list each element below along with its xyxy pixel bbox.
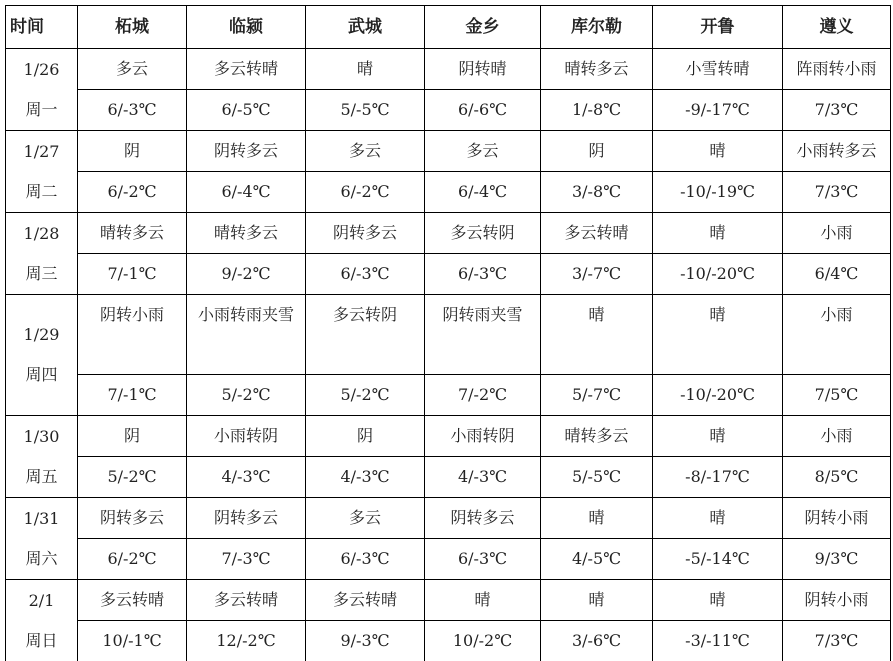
date-label: 1/29 bbox=[6, 315, 77, 355]
temperature-range: 6/-3℃ bbox=[306, 254, 425, 295]
temperature-range: 5/-2℃ bbox=[187, 375, 306, 416]
header-city: 柘城 bbox=[78, 6, 187, 49]
weather-condition: 小雨 bbox=[783, 295, 891, 375]
condition-row: 1/29周四阴转小雨小雨转雨夹雪多云转阴阴转雨夹雪晴晴小雨 bbox=[6, 295, 891, 375]
temperature-range: 5/-2℃ bbox=[306, 375, 425, 416]
weather-condition: 阴转多云 bbox=[306, 213, 425, 254]
weather-condition: 多云转阴 bbox=[306, 295, 425, 375]
temperature-range: 6/-3℃ bbox=[425, 254, 541, 295]
weather-condition: 小雨转雨夹雪 bbox=[187, 295, 306, 375]
date-cell: 1/28周三 bbox=[6, 213, 78, 295]
weather-condition: 晴 bbox=[541, 295, 653, 375]
header-city: 临颍 bbox=[187, 6, 306, 49]
weather-condition: 多云 bbox=[425, 131, 541, 172]
temperature-range: -10/-20℃ bbox=[653, 375, 783, 416]
weather-condition: 多云转晴 bbox=[306, 580, 425, 621]
weather-condition: 阴 bbox=[78, 416, 187, 457]
temperature-range: 9/-2℃ bbox=[187, 254, 306, 295]
temperature-range: 7/-3℃ bbox=[187, 539, 306, 580]
weather-condition: 小雨 bbox=[783, 213, 891, 254]
header-city: 遵义 bbox=[783, 6, 891, 49]
weather-condition: 阴转晴 bbox=[425, 49, 541, 90]
date-label: 1/26 bbox=[6, 50, 77, 90]
header-row: 时间 柘城 临颍 武城 金乡 库尔勒 开鲁 遵义 bbox=[6, 6, 891, 49]
temperature-range: 5/-7℃ bbox=[541, 375, 653, 416]
weather-condition: 小雨转阴 bbox=[187, 416, 306, 457]
temperature-range: 7/-1℃ bbox=[78, 254, 187, 295]
temperature-range: 7/3℃ bbox=[783, 90, 891, 131]
temperature-range: 6/-2℃ bbox=[78, 539, 187, 580]
weekday-label: 周四 bbox=[6, 355, 77, 395]
temperature-range: 6/-3℃ bbox=[425, 539, 541, 580]
temperature-range: 1/-8℃ bbox=[541, 90, 653, 131]
weather-condition: 晴转多云 bbox=[541, 49, 653, 90]
weather-condition: 晴转多云 bbox=[78, 213, 187, 254]
temperature-range: -10/-19℃ bbox=[653, 172, 783, 213]
weekday-label: 周一 bbox=[6, 90, 77, 130]
weather-condition: 阴 bbox=[78, 131, 187, 172]
temperature-range: 7/3℃ bbox=[783, 172, 891, 213]
temperature-range: 6/-4℃ bbox=[187, 172, 306, 213]
date-label: 1/31 bbox=[6, 499, 77, 539]
weather-condition: 阴转小雨 bbox=[783, 580, 891, 621]
temperature-range: 5/-2℃ bbox=[78, 457, 187, 498]
temperature-range: 4/-3℃ bbox=[306, 457, 425, 498]
weather-condition: 多云转晴 bbox=[541, 213, 653, 254]
date-cell: 1/26周一 bbox=[6, 49, 78, 131]
date-cell: 1/29周四 bbox=[6, 295, 78, 416]
weekday-label: 周六 bbox=[6, 539, 77, 579]
weather-condition: 晴 bbox=[541, 498, 653, 539]
weather-condition: 晴 bbox=[653, 416, 783, 457]
date-cell: 1/31周六 bbox=[6, 498, 78, 580]
temperature-range: 7/-2℃ bbox=[425, 375, 541, 416]
weather-condition: 小雨 bbox=[783, 416, 891, 457]
weather-condition: 多云转阴 bbox=[425, 213, 541, 254]
temperature-range: 3/-6℃ bbox=[541, 621, 653, 661]
temperature-range: 9/3℃ bbox=[783, 539, 891, 580]
temperature-range: 7/3℃ bbox=[783, 621, 891, 661]
weather-forecast-table: 时间 柘城 临颍 武城 金乡 库尔勒 开鲁 遵义 1/26周一多云多云转晴晴阴转… bbox=[5, 5, 891, 661]
date-label: 1/28 bbox=[6, 214, 77, 254]
weather-condition: 阵雨转小雨 bbox=[783, 49, 891, 90]
temperature-range: 6/-2℃ bbox=[306, 172, 425, 213]
temperature-range: 6/4℃ bbox=[783, 254, 891, 295]
header-city: 开鲁 bbox=[653, 6, 783, 49]
weekday-label: 周日 bbox=[6, 621, 77, 661]
temperature-range: 8/5℃ bbox=[783, 457, 891, 498]
weather-condition: 多云转晴 bbox=[187, 49, 306, 90]
date-cell: 1/30周五 bbox=[6, 416, 78, 498]
temperature-row: 6/-2℃6/-4℃6/-2℃6/-4℃3/-8℃-10/-19℃7/3℃ bbox=[6, 172, 891, 213]
weather-condition: 小雪转晴 bbox=[653, 49, 783, 90]
condition-row: 1/31周六阴转多云阴转多云多云阴转多云晴晴阴转小雨 bbox=[6, 498, 891, 539]
temperature-range: 6/-6℃ bbox=[425, 90, 541, 131]
temperature-row: 10/-1℃12/-2℃9/-3℃10/-2℃3/-6℃-3/-11℃7/3℃ bbox=[6, 621, 891, 661]
weather-condition: 晴转多云 bbox=[187, 213, 306, 254]
temperature-range: 6/-3℃ bbox=[78, 90, 187, 131]
date-label: 2/1 bbox=[6, 581, 77, 621]
temperature-range: 6/-4℃ bbox=[425, 172, 541, 213]
temperature-range: 5/-5℃ bbox=[541, 457, 653, 498]
temperature-range: 3/-8℃ bbox=[541, 172, 653, 213]
weather-condition: 阴转多云 bbox=[425, 498, 541, 539]
weather-condition: 多云转晴 bbox=[187, 580, 306, 621]
temperature-row: 5/-2℃4/-3℃4/-3℃4/-3℃5/-5℃-8/-17℃8/5℃ bbox=[6, 457, 891, 498]
weather-condition: 阴 bbox=[306, 416, 425, 457]
weekday-label: 周五 bbox=[6, 457, 77, 497]
temperature-range: 9/-3℃ bbox=[306, 621, 425, 661]
weather-condition: 晴 bbox=[306, 49, 425, 90]
weather-condition: 小雨转多云 bbox=[783, 131, 891, 172]
condition-row: 1/30周五阴小雨转阴阴小雨转阴晴转多云晴小雨 bbox=[6, 416, 891, 457]
temperature-range: -9/-17℃ bbox=[653, 90, 783, 131]
temperature-row: 7/-1℃5/-2℃5/-2℃7/-2℃5/-7℃-10/-20℃7/5℃ bbox=[6, 375, 891, 416]
weather-condition: 阴转小雨 bbox=[78, 295, 187, 375]
weather-condition: 阴转多云 bbox=[187, 498, 306, 539]
weekday-label: 周二 bbox=[6, 172, 77, 212]
weather-condition: 多云 bbox=[78, 49, 187, 90]
condition-row: 1/28周三晴转多云晴转多云阴转多云多云转阴多云转晴晴小雨 bbox=[6, 213, 891, 254]
temperature-range: 10/-2℃ bbox=[425, 621, 541, 661]
temperature-range: 3/-7℃ bbox=[541, 254, 653, 295]
temperature-range: 7/5℃ bbox=[783, 375, 891, 416]
condition-row: 1/27周二阴阴转多云多云多云阴晴小雨转多云 bbox=[6, 131, 891, 172]
weather-condition: 晴 bbox=[653, 213, 783, 254]
temperature-range: -3/-11℃ bbox=[653, 621, 783, 661]
weather-condition: 阴 bbox=[541, 131, 653, 172]
header-city: 金乡 bbox=[425, 6, 541, 49]
weather-condition: 阴转多云 bbox=[187, 131, 306, 172]
temperature-range: 4/-3℃ bbox=[187, 457, 306, 498]
weather-condition: 多云转晴 bbox=[78, 580, 187, 621]
weekday-label: 周三 bbox=[6, 254, 77, 294]
weather-condition: 晴 bbox=[425, 580, 541, 621]
temperature-range: 6/-5℃ bbox=[187, 90, 306, 131]
header-city: 武城 bbox=[306, 6, 425, 49]
weather-condition: 阴转小雨 bbox=[783, 498, 891, 539]
header-city: 库尔勒 bbox=[541, 6, 653, 49]
temperature-row: 6/-2℃7/-3℃6/-3℃6/-3℃4/-5℃-5/-14℃9/3℃ bbox=[6, 539, 891, 580]
date-label: 1/30 bbox=[6, 417, 77, 457]
date-cell: 1/27周二 bbox=[6, 131, 78, 213]
temperature-range: 6/-3℃ bbox=[306, 539, 425, 580]
temperature-range: 10/-1℃ bbox=[78, 621, 187, 661]
weather-condition: 多云 bbox=[306, 498, 425, 539]
temperature-range: -5/-14℃ bbox=[653, 539, 783, 580]
weather-condition: 多云 bbox=[306, 131, 425, 172]
weather-condition: 晴 bbox=[653, 131, 783, 172]
condition-row: 2/1周日多云转晴多云转晴多云转晴晴晴晴阴转小雨 bbox=[6, 580, 891, 621]
temperature-range: 6/-2℃ bbox=[78, 172, 187, 213]
temperature-range: 7/-1℃ bbox=[78, 375, 187, 416]
temperature-range: 4/-5℃ bbox=[541, 539, 653, 580]
weather-condition: 晴 bbox=[653, 498, 783, 539]
temperature-range: -10/-20℃ bbox=[653, 254, 783, 295]
date-cell: 2/1周日 bbox=[6, 580, 78, 661]
weather-condition: 晴 bbox=[653, 580, 783, 621]
weather-condition: 晴 bbox=[541, 580, 653, 621]
date-label: 1/27 bbox=[6, 132, 77, 172]
weather-condition: 阴转多云 bbox=[78, 498, 187, 539]
weather-condition: 阴转雨夹雪 bbox=[425, 295, 541, 375]
temperature-row: 6/-3℃6/-5℃5/-5℃6/-6℃1/-8℃-9/-17℃7/3℃ bbox=[6, 90, 891, 131]
temperature-range: 4/-3℃ bbox=[425, 457, 541, 498]
condition-row: 1/26周一多云多云转晴晴阴转晴晴转多云小雪转晴阵雨转小雨 bbox=[6, 49, 891, 90]
temperature-range: 12/-2℃ bbox=[187, 621, 306, 661]
weather-condition: 晴 bbox=[653, 295, 783, 375]
temperature-range: -8/-17℃ bbox=[653, 457, 783, 498]
weather-condition: 小雨转阴 bbox=[425, 416, 541, 457]
temperature-row: 7/-1℃9/-2℃6/-3℃6/-3℃3/-7℃-10/-20℃6/4℃ bbox=[6, 254, 891, 295]
temperature-range: 5/-5℃ bbox=[306, 90, 425, 131]
header-time: 时间 bbox=[6, 6, 78, 49]
weather-condition: 晴转多云 bbox=[541, 416, 653, 457]
